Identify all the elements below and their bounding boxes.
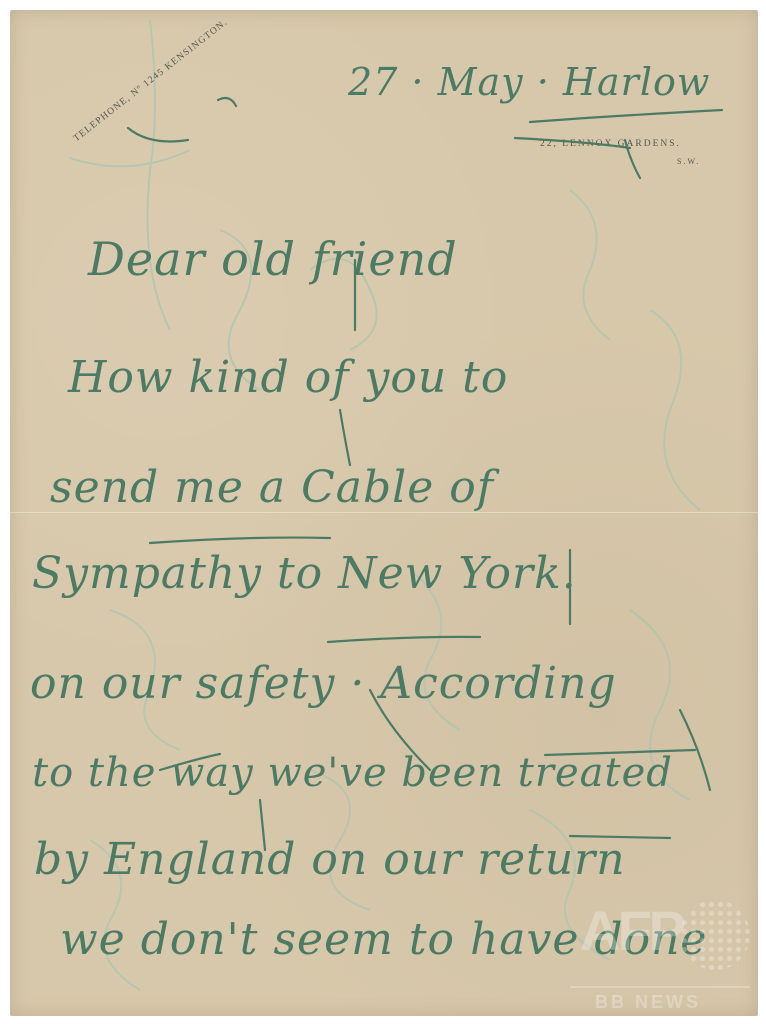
body-line-2: send me a Cable of bbox=[50, 462, 494, 513]
afpbb-watermark: AFP BB NEWS bbox=[580, 898, 760, 1018]
letterhead-postal-district: S.W. bbox=[677, 157, 700, 166]
letterhead-address: 22, LENNOX GARDENS. bbox=[540, 139, 681, 149]
watermark-rule bbox=[570, 986, 750, 988]
body-line-5: to the way we've been treated bbox=[32, 750, 673, 796]
letterhead-telephone: TELEPHONE, Nº 1245 KENSINGTON. bbox=[72, 17, 230, 143]
body-line-4: on our safety · According bbox=[30, 658, 617, 709]
body-line-6: by England on our return bbox=[34, 834, 626, 885]
date-line: 27 · May · Harlow bbox=[348, 60, 710, 104]
globe-icon bbox=[680, 900, 750, 970]
letter-paper: TELEPHONE, Nº 1245 KENSINGTON. 22, LENNO… bbox=[10, 10, 758, 1016]
salutation: Dear old friend bbox=[88, 232, 458, 286]
body-line-1: How kind of you to bbox=[68, 352, 508, 403]
watermark-logo: AFP bbox=[580, 898, 683, 963]
body-line-3: Sympathy to New York. bbox=[32, 548, 577, 599]
watermark-caption: BB NEWS bbox=[595, 992, 701, 1013]
